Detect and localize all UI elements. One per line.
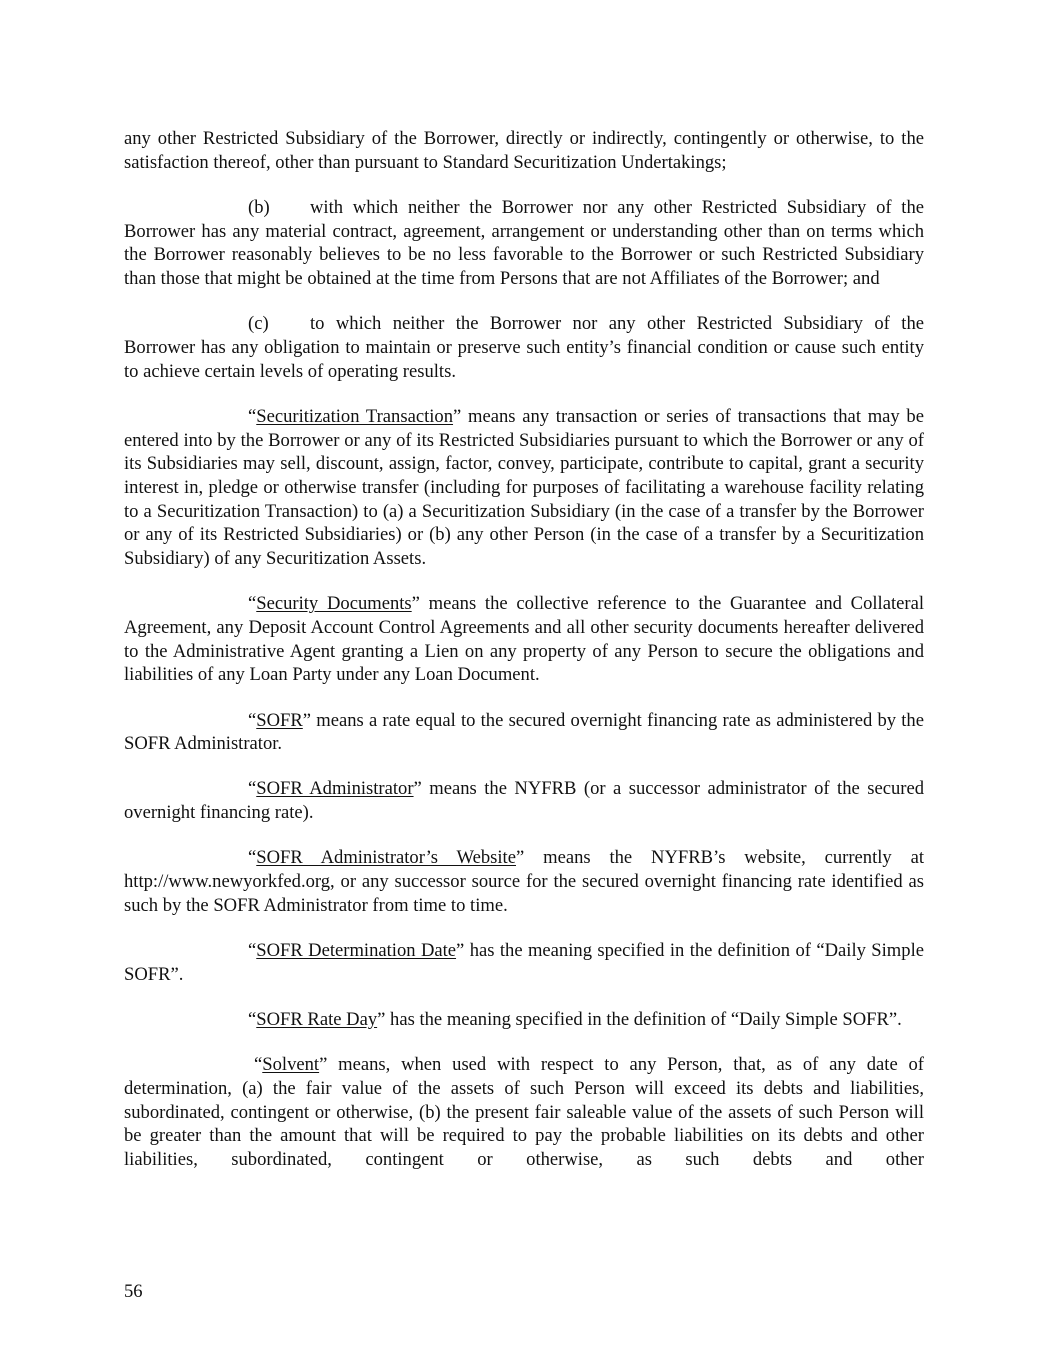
defined-term: Securitization Transaction bbox=[256, 406, 453, 427]
defined-term: SOFR bbox=[256, 710, 303, 731]
definition-sofr-determination-date: “SOFR Determination Date” has the meanin… bbox=[124, 939, 924, 986]
clause-c: (c)to which neither the Borrower nor any… bbox=[124, 312, 924, 383]
clause-b: (b)with which neither the Borrower nor a… bbox=[124, 196, 924, 291]
definition-text: means the NYFRB (or a successor administ… bbox=[124, 778, 924, 823]
definition-solvent: “Solvent” means, when used with respect … bbox=[124, 1053, 924, 1172]
defined-term: Solvent bbox=[262, 1054, 319, 1075]
definition-text: means the NYFRB’s website, currently at … bbox=[124, 847, 924, 915]
defined-term: SOFR Rate Day bbox=[256, 1009, 377, 1030]
clause-text: to which neither the Borrower nor any ot… bbox=[124, 313, 924, 381]
definition-text: means any transaction or series of trans… bbox=[124, 406, 924, 569]
defined-term: SOFR Determination Date bbox=[256, 940, 456, 961]
defined-term: SOFR Administrator’s Website bbox=[256, 847, 516, 868]
definition-sofr-administrator: “SOFR Administrator” means the NYFRB (or… bbox=[124, 777, 924, 824]
defined-term: Security Documents bbox=[256, 593, 411, 614]
definition-text: has the meaning specified in the definit… bbox=[124, 940, 924, 985]
definition-text: means the collective reference to the Gu… bbox=[124, 593, 924, 685]
definition-security-documents: “Security Documents” means the collectiv… bbox=[124, 592, 924, 687]
clause-text: with which neither the Borrower nor any … bbox=[124, 197, 924, 289]
page-number: 56 bbox=[124, 1281, 143, 1303]
continuation-paragraph: any other Restricted Subsidiary of the B… bbox=[124, 127, 924, 174]
definition-text: means, when used with respect to any Per… bbox=[124, 1054, 924, 1170]
definition-sofr: “SOFR” means a rate equal to the secured… bbox=[124, 709, 924, 756]
definition-sofr-administrators-website: “SOFR Administrator’s Website” means the… bbox=[124, 846, 924, 917]
clause-label: (c) bbox=[248, 312, 310, 336]
definition-text: means a rate equal to the secured overni… bbox=[124, 710, 924, 755]
definition-securitization-transaction: “Securitization Transaction” means any t… bbox=[124, 405, 924, 571]
document-page: any other Restricted Subsidiary of the B… bbox=[124, 127, 924, 1193]
clause-label: (b) bbox=[248, 196, 310, 220]
definition-text: has the meaning specified in the definit… bbox=[385, 1009, 901, 1030]
defined-term: SOFR Administrator bbox=[256, 778, 413, 799]
definition-sofr-rate-day: “SOFR Rate Day” has the meaning specifie… bbox=[124, 1008, 924, 1032]
